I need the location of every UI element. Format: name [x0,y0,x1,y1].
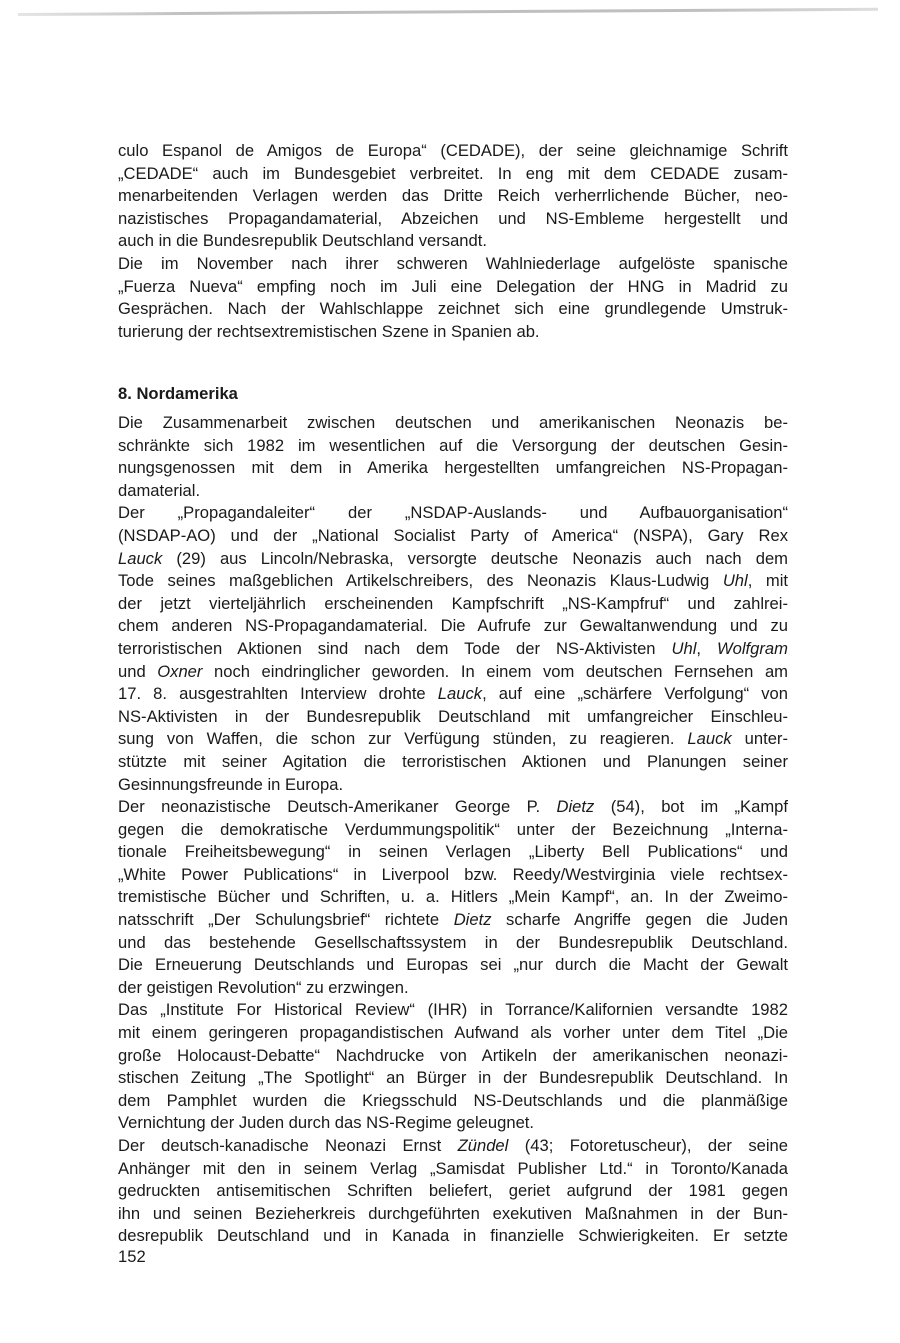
text-line: der geistigen Revolution“ zu erzwingen. [118,977,788,1000]
text-line: Vernichtung der Juden durch das NS-Regim… [118,1112,788,1135]
text-line: Tode seines maßgeblichen Artikelschreibe… [118,570,788,593]
text-line: Die Erneuerung Deutschlands und Europas … [118,954,788,977]
paragraph: Die im November nach ihrer schweren Wahl… [118,253,788,343]
text-line: (NSDAP-AO) und der „National Socialist P… [118,525,788,548]
text-line: stischen Zeitung „The Spotlight“ an Bürg… [118,1067,788,1090]
text-line: der jetzt vierteljährlich erscheinenden … [118,593,788,616]
text-line: „Fuerza Nueva“ empfing noch im Juli eine… [118,276,788,299]
paragraph: Der deutsch-kanadische Neonazi Ernst Zün… [118,1135,788,1248]
text-line: Die Zusammenarbeit zwischen deutschen un… [118,412,788,435]
page-number: 152 [118,1246,146,1268]
text-line: desrepublik Deutschland und in Kanada in… [118,1225,788,1248]
text-line: dem Pamphlet wurden die Kriegsschuld NS-… [118,1090,788,1113]
section-heading-wrap: 8. Nordamerika [118,383,788,405]
text-line: gegen die demokratische Verdummungspolit… [118,819,788,842]
text-line: Das „Institute For Historical Review“ (I… [118,999,788,1022]
text-line: nungsgenossen mit dem in Amerika hergest… [118,457,788,480]
text-line: und Oxner noch eindringlicher geworden. … [118,661,788,684]
text-line: turierung der rechtsextremistischen Szen… [118,321,788,344]
text-line: nazistisches Propagandamaterial, Abzeich… [118,208,788,231]
text-line: natsschrift „Der Schulungsbrief“ richtet… [118,909,788,932]
text-line: schränkte sich 1982 im wesentlichen auf … [118,435,788,458]
text-line: „White Power Publications“ in Liverpool … [118,864,788,887]
spain-text-block: culo Espanol de Amigos de Europa“ (CEDAD… [118,140,788,343]
text-line: 17. 8. ausgestrahlten Interview drohte L… [118,683,788,706]
text-line: culo Espanol de Amigos de Europa“ (CEDAD… [118,140,788,163]
scan-edge-shadow [18,8,878,16]
text-line: auch in die Bundesrepublik Deutschland v… [118,230,788,253]
section-heading-nordamerika: 8. Nordamerika [118,383,788,405]
text-line: Der „Propagandaleiter“ der „NSDAP-Auslan… [118,502,788,525]
text-line: tremistische Bücher und Schriften, u. a.… [118,886,788,909]
text-line: ihn und seinen Bezieherkreis durchgeführ… [118,1203,788,1226]
document-page: culo Espanol de Amigos de Europa“ (CEDAD… [118,140,788,343]
text-line: NS-Aktivisten in der Bundesrepublik Deut… [118,706,788,729]
paragraph: Der „Propagandaleiter“ der „NSDAP-Auslan… [118,502,788,796]
text-line: und das bestehende Gesellschaftssystem i… [118,932,788,955]
paragraph: culo Espanol de Amigos de Europa“ (CEDAD… [118,140,788,253]
text-line: Lauck (29) aus Lincoln/Nebraska, versorg… [118,548,788,571]
text-line: mit einem geringeren propagandistischen … [118,1022,788,1045]
text-line: gedruckten antisemitischen Schriften bel… [118,1180,788,1203]
text-line: menarbeitenden Verlagen werden das Dritt… [118,185,788,208]
text-line: große Holocaust-Debatte“ Nachdrucke von … [118,1045,788,1068]
text-line: Anhänger mit den in seinem Verlag „Samis… [118,1158,788,1181]
text-line: stützte mit seiner Agitation die terrori… [118,751,788,774]
text-line: Gesprächen. Nach der Wahlschlappe zeichn… [118,298,788,321]
paragraph: Die Zusammenarbeit zwischen deutschen un… [118,412,788,502]
paragraph: Das „Institute For Historical Review“ (I… [118,999,788,1135]
nordamerika-text-block: Die Zusammenarbeit zwischen deutschen un… [118,412,788,1248]
text-line: „CEDADE“ auch im Bundesgebiet verbreitet… [118,163,788,186]
paragraph: Der neonazistische Deutsch-Amerikaner Ge… [118,796,788,999]
text-line: Die im November nach ihrer schweren Wahl… [118,253,788,276]
text-line: sung von Waffen, die schon zur Verfügung… [118,728,788,751]
text-line: Gesinnungsfreunde in Europa. [118,774,788,797]
text-line: chem anderen NS-Propagandamaterial. Die … [118,615,788,638]
text-line: tionale Freiheitsbewegung“ in seinen Ver… [118,841,788,864]
text-line: Der deutsch-kanadische Neonazi Ernst Zün… [118,1135,788,1158]
text-line: damaterial. [118,480,788,503]
text-line: terroristischen Aktionen sind nach dem T… [118,638,788,661]
text-line: Der neonazistische Deutsch-Amerikaner Ge… [118,796,788,819]
